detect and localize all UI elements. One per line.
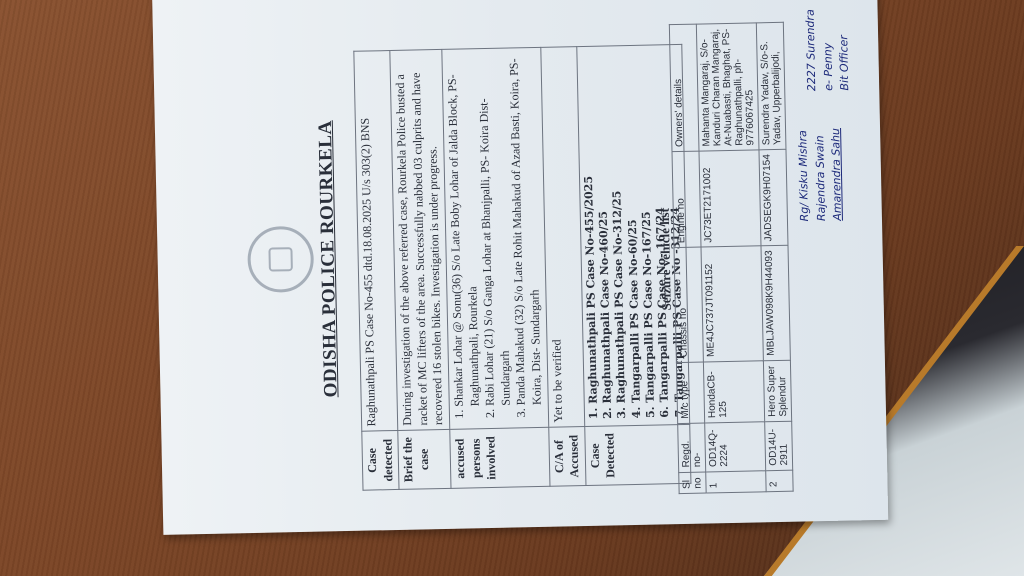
table-row: 1 OD14Q-2224 HondaCB-125 ME4JC737JT09115… [696,23,766,493]
handwritten-signatures-right: 2227 Surendra e- Penny Bit Officer [803,8,854,91]
handwritten-signatures-left: Rg/ Kisku Mishra Rajendra Swain Amarendr… [795,128,846,222]
seizure-vehicle-table: Seizure vehicle list Sl no Regd. no- M/c… [653,22,794,495]
case-details-table: Case detected Raghunathpali PS Case No-4… [353,44,691,491]
document-title: ODISHA POLICE ROURKELA [312,0,345,532]
table-row: accused persons involved Shankar Lohar @… [442,47,550,488]
police-emblem-icon [247,226,314,293]
accused-list: Shankar Lohar @ Sonu(36) S/o Late Boby L… [444,52,545,425]
document-paper: ODISHA POLICE ROURKELA Case detected Rag… [152,0,888,535]
document-page: ODISHA POLICE ROURKELA Case detected Rag… [152,0,888,535]
table-row: Brief the case During investigation of t… [390,49,451,489]
